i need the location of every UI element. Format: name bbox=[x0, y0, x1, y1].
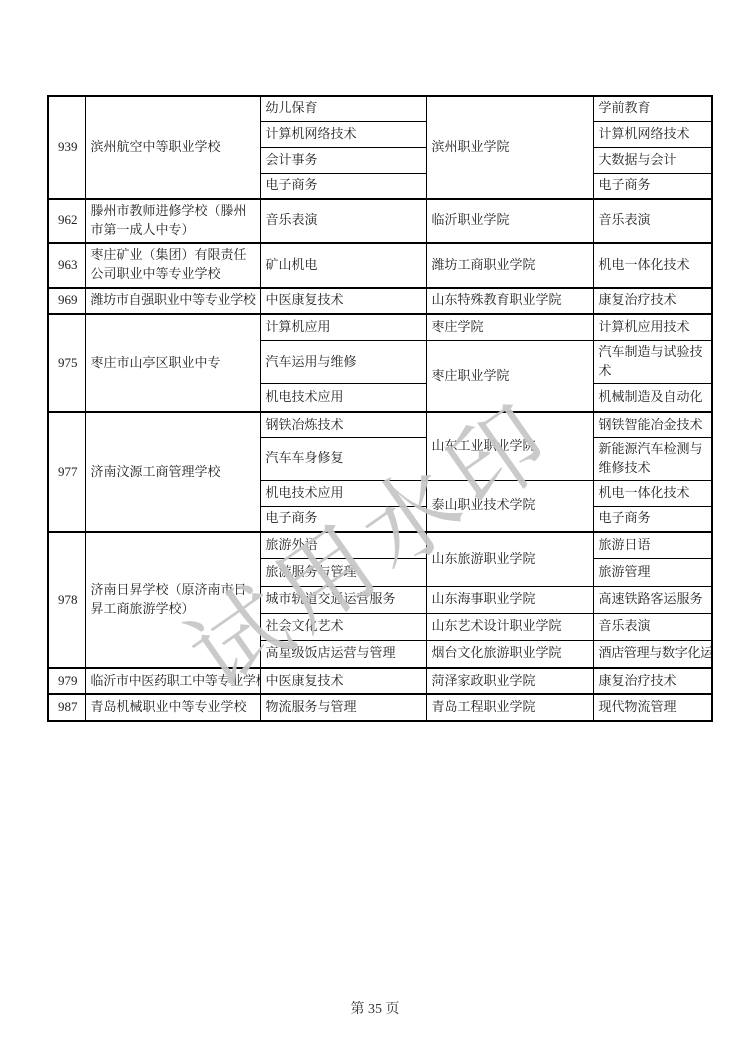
cell-tmajor: 大数据与会计 bbox=[593, 147, 712, 173]
cell-tmajor: 电子商务 bbox=[593, 506, 712, 532]
document-page: 939滨州航空中等职业学校幼儿保育滨州职业学院学前教育计算机网络技术计算机网络技… bbox=[0, 0, 750, 1060]
cell-tmajor: 机电一体化技术 bbox=[593, 243, 712, 288]
cell-tmajor: 计算机网络技术 bbox=[593, 121, 712, 147]
table-row: 963枣庄矿业（集团）有限责任公司职业中等专业学校矿山机电潍坊工商职业学院机电一… bbox=[48, 243, 712, 288]
cell-major: 计算机应用 bbox=[260, 314, 426, 341]
cell-college: 山东海事职业学院 bbox=[426, 586, 593, 613]
cell-major: 电子商务 bbox=[260, 506, 426, 532]
cell-major: 音乐表演 bbox=[260, 199, 426, 243]
table-row: 977济南汶源工商管理学校钢铁冶炼技术山东工业职业学院钢铁智能冶金技术 bbox=[48, 412, 712, 437]
cell-major: 中医康复技术 bbox=[260, 288, 426, 314]
cell-major: 汽车运用与维修 bbox=[260, 341, 426, 384]
cell-major: 中医康复技术 bbox=[260, 668, 426, 694]
cell-major: 电子商务 bbox=[260, 173, 426, 199]
cell-college: 山东旅游职业学院 bbox=[426, 532, 593, 586]
cell-school: 枣庄市山亭区职业中专 bbox=[85, 314, 260, 413]
cell-tmajor: 计算机应用技术 bbox=[593, 314, 712, 341]
cell-tmajor: 康复治疗技术 bbox=[593, 668, 712, 694]
cell-college: 山东特殊教育职业学院 bbox=[426, 288, 593, 314]
table-row: 987青岛机械职业中等专业学校物流服务与管理青岛工程职业学院现代物流管理 bbox=[48, 694, 712, 721]
table-row: 939滨州航空中等职业学校幼儿保育滨州职业学院学前教育 bbox=[48, 96, 712, 121]
cell-num: 969 bbox=[48, 288, 85, 314]
cell-major: 汽车车身修复 bbox=[260, 437, 426, 480]
cell-major: 机电技术应用 bbox=[260, 383, 426, 412]
cell-college: 滨州职业学院 bbox=[426, 96, 593, 199]
cell-college: 潍坊工商职业学院 bbox=[426, 243, 593, 288]
cell-school: 青岛机械职业中等专业学校 bbox=[85, 694, 260, 721]
cell-major: 会计事务 bbox=[260, 147, 426, 173]
cell-major: 机电技术应用 bbox=[260, 480, 426, 506]
cell-tmajor: 新能源汽车检测与维修技术 bbox=[593, 437, 712, 480]
cell-college: 枣庄职业学院 bbox=[426, 341, 593, 413]
cell-school: 枣庄矿业（集团）有限责任公司职业中等专业学校 bbox=[85, 243, 260, 288]
table-row: 962滕州市教师进修学校（滕州市第一成人中专）音乐表演临沂职业学院音乐表演 bbox=[48, 199, 712, 243]
cell-tmajor: 旅游日语 bbox=[593, 532, 712, 558]
page-number-footer: 第 35 页 bbox=[0, 998, 750, 1018]
cell-college: 枣庄学院 bbox=[426, 314, 593, 341]
table-row: 979临沂市中医药职工中等专业学校中医康复技术菏泽家政职业学院康复治疗技术 bbox=[48, 668, 712, 694]
cell-school: 临沂市中医药职工中等专业学校 bbox=[85, 668, 260, 694]
cell-college: 烟台文化旅游职业学院 bbox=[426, 640, 593, 668]
cell-college: 菏泽家政职业学院 bbox=[426, 668, 593, 694]
cell-college: 临沂职业学院 bbox=[426, 199, 593, 243]
cell-major: 计算机网络技术 bbox=[260, 121, 426, 147]
cell-major: 矿山机电 bbox=[260, 243, 426, 288]
table-row: 969潍坊市自强职业中等专业学校中医康复技术山东特殊教育职业学院康复治疗技术 bbox=[48, 288, 712, 314]
cell-tmajor: 音乐表演 bbox=[593, 199, 712, 243]
cell-major: 旅游服务与管理 bbox=[260, 558, 426, 586]
cell-tmajor: 机械制造及自动化 bbox=[593, 383, 712, 412]
cell-tmajor: 酒店管理与数字化运营 bbox=[593, 640, 712, 668]
cell-major: 高星级饭店运营与管理 bbox=[260, 640, 426, 668]
cell-tmajor: 音乐表演 bbox=[593, 613, 712, 640]
cell-major: 城市轨道交通运营服务 bbox=[260, 586, 426, 613]
table-row: 975枣庄市山亭区职业中专计算机应用枣庄学院计算机应用技术 bbox=[48, 314, 712, 341]
table-row: 978济南日昇学校（原济南市日昇工商旅游学校）旅游外语山东旅游职业学院旅游日语 bbox=[48, 532, 712, 558]
cell-num: 977 bbox=[48, 412, 85, 532]
cell-school: 滕州市教师进修学校（滕州市第一成人中专） bbox=[85, 199, 260, 243]
cell-school: 滨州航空中等职业学校 bbox=[85, 96, 260, 199]
cell-num: 962 bbox=[48, 199, 85, 243]
cell-tmajor: 高速铁路客运服务 bbox=[593, 586, 712, 613]
cell-num: 963 bbox=[48, 243, 85, 288]
cell-tmajor: 康复治疗技术 bbox=[593, 288, 712, 314]
cell-major: 旅游外语 bbox=[260, 532, 426, 558]
cell-tmajor: 汽车制造与试验技术 bbox=[593, 341, 712, 384]
cell-school: 济南日昇学校（原济南市日昇工商旅游学校） bbox=[85, 532, 260, 668]
cell-num: 975 bbox=[48, 314, 85, 413]
cell-num: 978 bbox=[48, 532, 85, 668]
cell-college: 山东艺术设计职业学院 bbox=[426, 613, 593, 640]
cell-tmajor: 学前教育 bbox=[593, 96, 712, 121]
cell-tmajor: 电子商务 bbox=[593, 173, 712, 199]
cell-school: 济南汶源工商管理学校 bbox=[85, 412, 260, 532]
cell-major: 幼儿保育 bbox=[260, 96, 426, 121]
cell-tmajor: 机电一体化技术 bbox=[593, 480, 712, 506]
cell-college: 山东工业职业学院 bbox=[426, 412, 593, 480]
cell-tmajor: 旅游管理 bbox=[593, 558, 712, 586]
school-major-mapping-table: 939滨州航空中等职业学校幼儿保育滨州职业学院学前教育计算机网络技术计算机网络技… bbox=[47, 95, 713, 722]
cell-major: 社会文化艺术 bbox=[260, 613, 426, 640]
cell-major: 钢铁冶炼技术 bbox=[260, 412, 426, 437]
cell-college: 青岛工程职业学院 bbox=[426, 694, 593, 721]
cell-school: 潍坊市自强职业中等专业学校 bbox=[85, 288, 260, 314]
cell-tmajor: 现代物流管理 bbox=[593, 694, 712, 721]
cell-num: 979 bbox=[48, 668, 85, 694]
cell-college: 泰山职业技术学院 bbox=[426, 480, 593, 532]
cell-num: 939 bbox=[48, 96, 85, 199]
cell-tmajor: 钢铁智能冶金技术 bbox=[593, 412, 712, 437]
mapping-table-body: 939滨州航空中等职业学校幼儿保育滨州职业学院学前教育计算机网络技术计算机网络技… bbox=[48, 96, 712, 721]
cell-num: 987 bbox=[48, 694, 85, 721]
cell-major: 物流服务与管理 bbox=[260, 694, 426, 721]
